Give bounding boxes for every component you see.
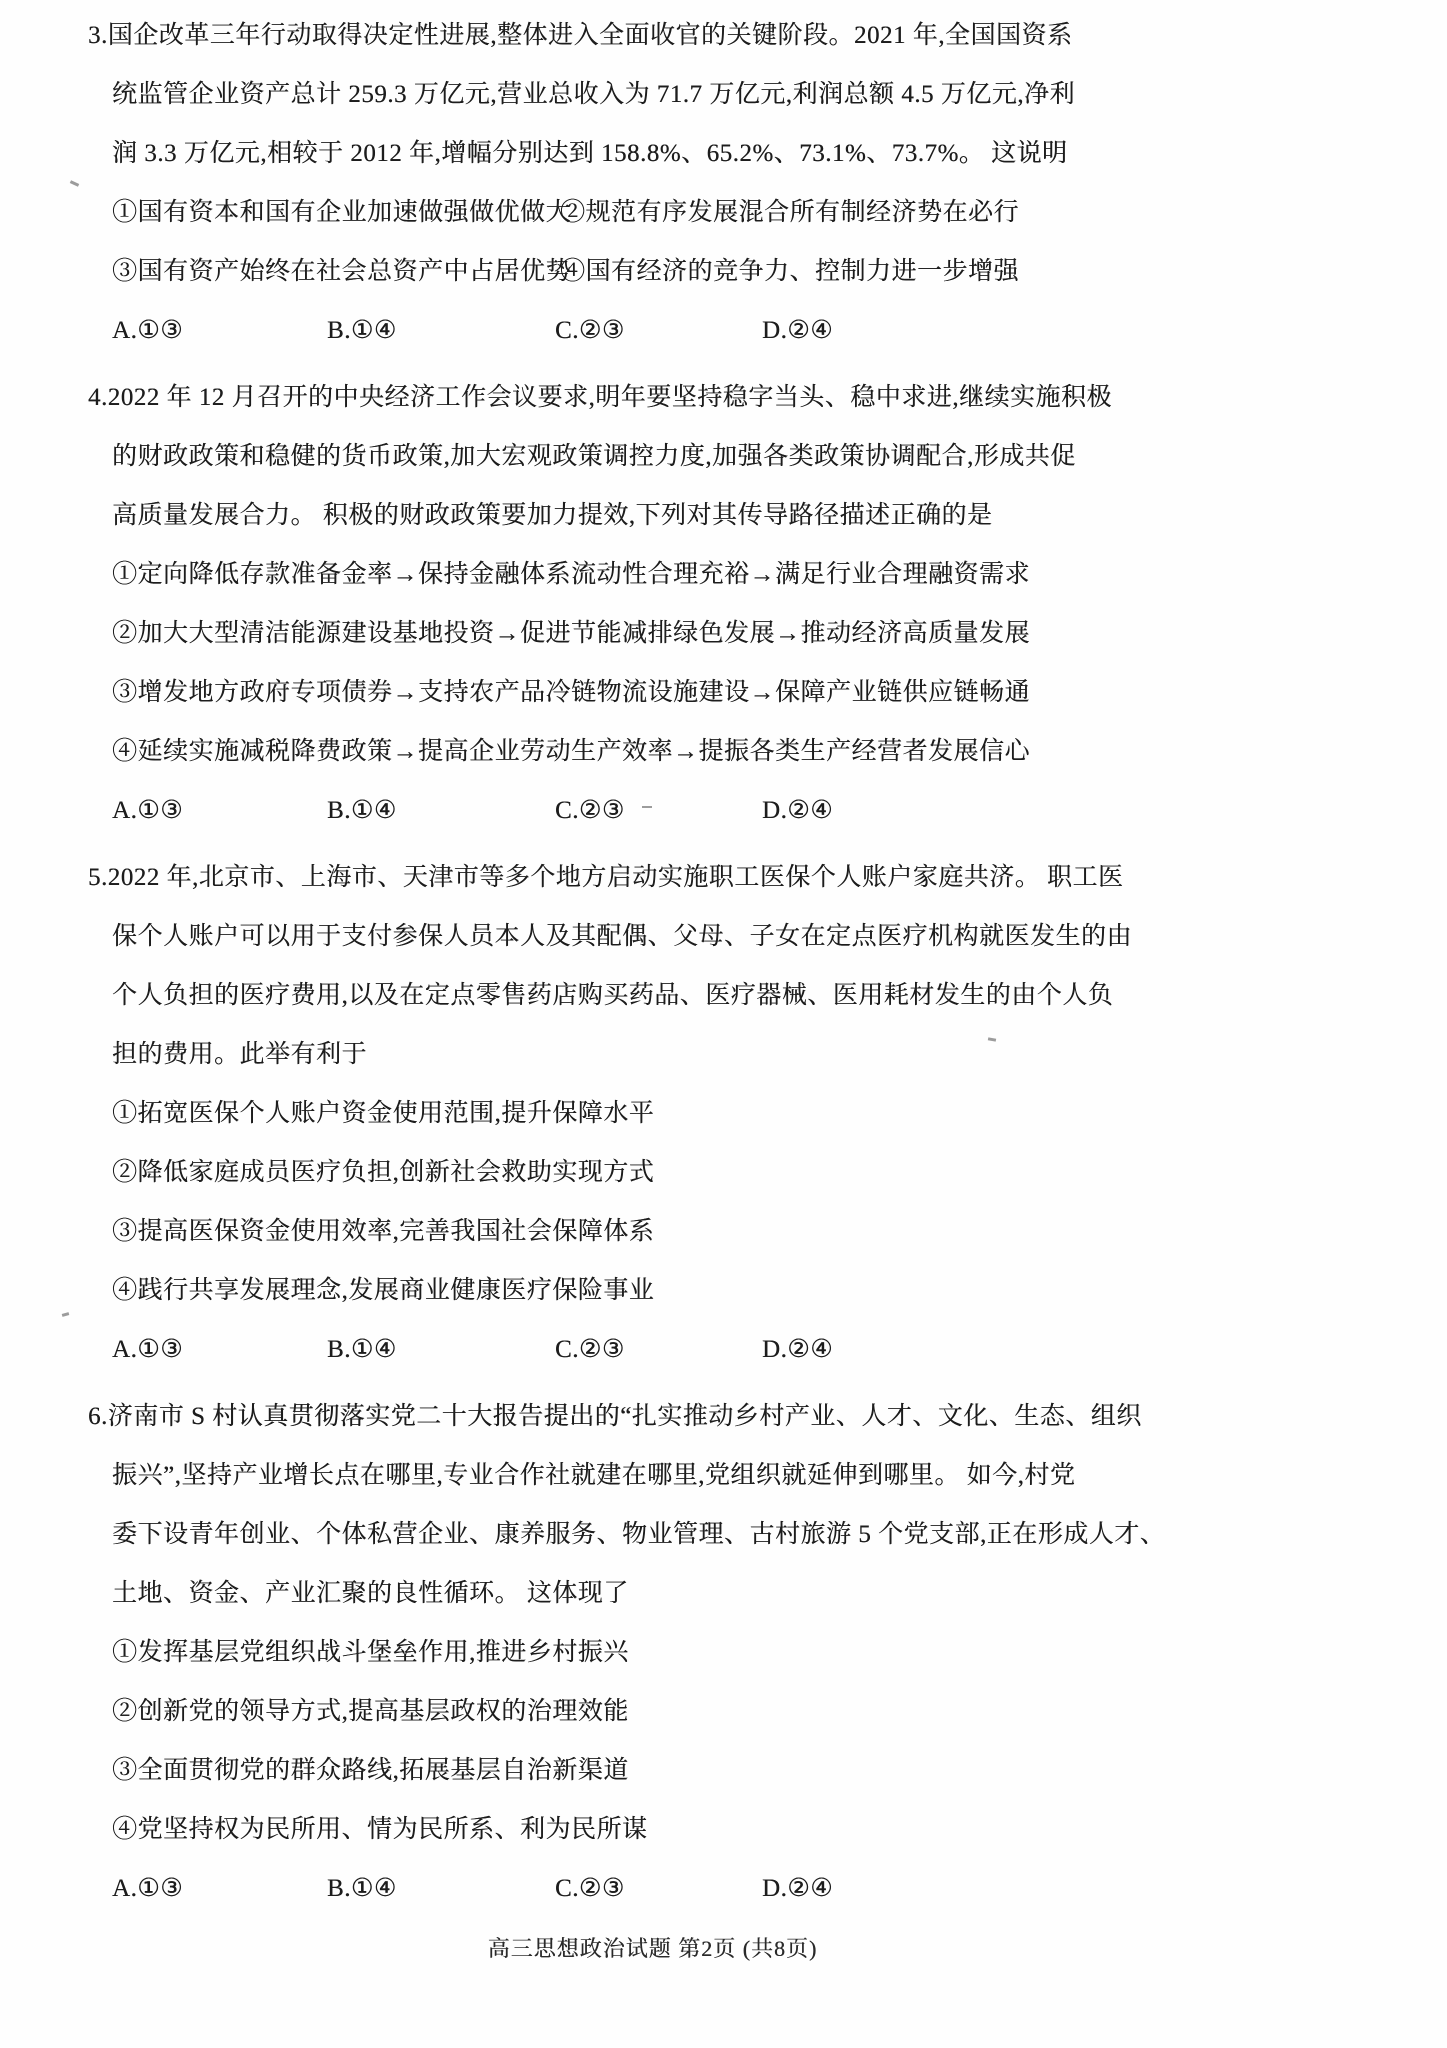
answer-option-b: B.①④	[327, 301, 555, 360]
question-4-stem-line: 的财政政策和稳健的货币政策,加大宏观政策调控力度,加强各类政策协调配合,形成共促	[88, 427, 1053, 486]
question-6-stem-line: 6.济南市 S 村认真贯彻落实党二十大报告提出的“扎实推动乡村产业、人才、文化、…	[88, 1387, 1053, 1446]
question-3: 3.国企改革三年行动取得决定性进展,整体进入全面收官的关键阶段。2021 年,全…	[88, 6, 1053, 360]
question-6-stem-line: 土地、资金、产业汇聚的良性循环。 这体现了	[88, 1564, 1053, 1623]
question-5: 5.2022 年,北京市、上海市、天津市等多个地方启动实施职工医保个人账户家庭共…	[88, 848, 1053, 1379]
choice-statement-3: ③增发地方政府专项债券→支持农产品冷链物流设施建设→保障产业链供应链畅通	[88, 663, 1053, 722]
scan-artifact	[62, 1312, 70, 1317]
choice-statement-4: ④国有经济的竞争力、控制力进一步增强	[560, 242, 1053, 301]
answer-option-d: D.②④	[762, 301, 1053, 360]
choice-statement-2: ②降低家庭成员医疗负担,创新社会救助实现方式	[88, 1143, 1053, 1202]
answer-option-a: A.①③	[112, 301, 327, 360]
answer-option-c: C.②③	[555, 1320, 762, 1379]
answer-option-d: D.②④	[762, 1859, 1053, 1918]
answer-option-c: C.②③	[555, 781, 762, 840]
question-6-answer-row: A.①③ B.①④ C.②③ D.②④	[88, 1859, 1053, 1918]
question-4-answer-row: A.①③ B.①④ C.②③ D.②④	[88, 781, 1053, 840]
choice-statement-1: ①发挥基层党组织战斗堡垒作用,推进乡村振兴	[88, 1623, 1053, 1682]
answer-option-c: C.②③	[555, 1859, 762, 1918]
choice-statement-2: ②规范有序发展混合所有制经济势在必行	[560, 183, 1053, 242]
question-6-stem-line: 委下设青年创业、个体私营企业、康养服务、物业管理、古村旅游 5 个党支部,正在形…	[88, 1505, 1053, 1564]
answer-option-a: A.①③	[112, 781, 327, 840]
answer-option-d: D.②④	[762, 1320, 1053, 1379]
exam-page-scan: 3.国企改革三年行动取得决定性进展,整体进入全面收官的关键阶段。2021 年,全…	[0, 0, 1447, 2048]
answer-option-b: B.①④	[327, 1859, 555, 1918]
choice-statement-2: ②加大大型清洁能源建设基地投资→促进节能减排绿色发展→推动经济高质量发展	[88, 604, 1053, 663]
question-3-choice-row: ①国有资本和国有企业加速做强做优做大 ②规范有序发展混合所有制经济势在必行	[88, 183, 1053, 242]
question-5-stem-line: 5.2022 年,北京市、上海市、天津市等多个地方启动实施职工医保个人账户家庭共…	[88, 848, 1053, 907]
answer-option-c: C.②③	[555, 301, 762, 360]
question-4-stem-line: 4.2022 年 12 月召开的中央经济工作会议要求,明年要坚持稳字当头、稳中求…	[88, 368, 1053, 427]
question-5-stem-line: 担的费用。此举有利于	[88, 1025, 1053, 1084]
choice-statement-4: ④践行共享发展理念,发展商业健康医疗保险事业	[88, 1261, 1053, 1320]
answer-option-a: A.①③	[112, 1320, 327, 1379]
question-3-stem-line: 3.国企改革三年行动取得决定性进展,整体进入全面收官的关键阶段。2021 年,全…	[88, 6, 1053, 65]
question-6: 6.济南市 S 村认真贯彻落实党二十大报告提出的“扎实推动乡村产业、人才、文化、…	[88, 1387, 1053, 1918]
choice-statement-3: ③全面贯彻党的群众路线,拓展基层自治新渠道	[88, 1741, 1053, 1800]
question-3-stem-line: 统监管企业资产总计 259.3 万亿元,营业总收入为 71.7 万亿元,利润总额…	[88, 65, 1053, 124]
choice-statement-1: ①拓宽医保个人账户资金使用范围,提升保障水平	[88, 1084, 1053, 1143]
choice-statement-2: ②创新党的领导方式,提高基层政权的治理效能	[88, 1682, 1053, 1741]
answer-option-a: A.①③	[112, 1859, 327, 1918]
question-3-choice-row: ③国有资产始终在社会总资产中占居优势 ④国有经济的竞争力、控制力进一步增强	[88, 242, 1053, 301]
choice-statement-3: ③提高医保资金使用效率,完善我国社会保障体系	[88, 1202, 1053, 1261]
answer-option-b: B.①④	[327, 1320, 555, 1379]
exam-content: 3.国企改革三年行动取得决定性进展,整体进入全面收官的关键阶段。2021 年,全…	[88, 6, 1053, 1985]
answer-option-b: B.①④	[327, 781, 555, 840]
question-3-answer-row: A.①③ B.①④ C.②③ D.②④	[88, 301, 1053, 360]
answer-option-d: D.②④	[762, 781, 1053, 840]
choice-statement-4: ④延续实施减税降费政策→提高企业劳动生产效率→提振各类生产经营者发展信心	[88, 722, 1053, 781]
question-4: 4.2022 年 12 月召开的中央经济工作会议要求,明年要坚持稳字当头、稳中求…	[88, 368, 1053, 840]
choice-statement-3: ③国有资产始终在社会总资产中占居优势	[112, 242, 560, 301]
choice-statement-1: ①定向降低存款准备金率→保持金融体系流动性合理充裕→满足行业合理融资需求	[88, 545, 1053, 604]
scan-artifact	[70, 180, 79, 187]
choice-statement-1: ①国有资本和国有企业加速做强做优做大	[112, 183, 560, 242]
page-footer: 高三思想政治试题 第2页 (共8页)	[170, 1932, 1135, 1963]
choice-statement-4: ④党坚持权为民所用、情为民所系、利为民所谋	[88, 1800, 1053, 1859]
question-6-stem-line: 振兴”,坚持产业增长点在哪里,专业合作社就建在哪里,党组织就延伸到哪里。 如今,…	[88, 1446, 1053, 1505]
question-5-stem-line: 个人负担的医疗费用,以及在定点零售药店购买药品、医疗器械、医用耗材发生的由个人负	[88, 966, 1053, 1025]
question-5-choices: ①拓宽医保个人账户资金使用范围,提升保障水平 ②降低家庭成员医疗负担,创新社会救…	[88, 1084, 1053, 1320]
question-5-stem-line: 保个人账户可以用于支付参保人员本人及其配偶、父母、子女在定点医疗机构就医发生的由	[88, 907, 1053, 966]
question-3-stem-line: 润 3.3 万亿元,相较于 2012 年,增幅分别达到 158.8%、65.2%…	[88, 124, 1053, 183]
question-6-choices: ①发挥基层党组织战斗堡垒作用,推进乡村振兴 ②创新党的领导方式,提高基层政权的治…	[88, 1623, 1053, 1859]
question-4-choices: ①定向降低存款准备金率→保持金融体系流动性合理充裕→满足行业合理融资需求 ②加大…	[88, 545, 1053, 781]
question-5-answer-row: A.①③ B.①④ C.②③ D.②④	[88, 1320, 1053, 1379]
question-4-stem-line: 高质量发展合力。 积极的财政政策要加力提效,下列对其传导路径描述正确的是	[88, 486, 1053, 545]
